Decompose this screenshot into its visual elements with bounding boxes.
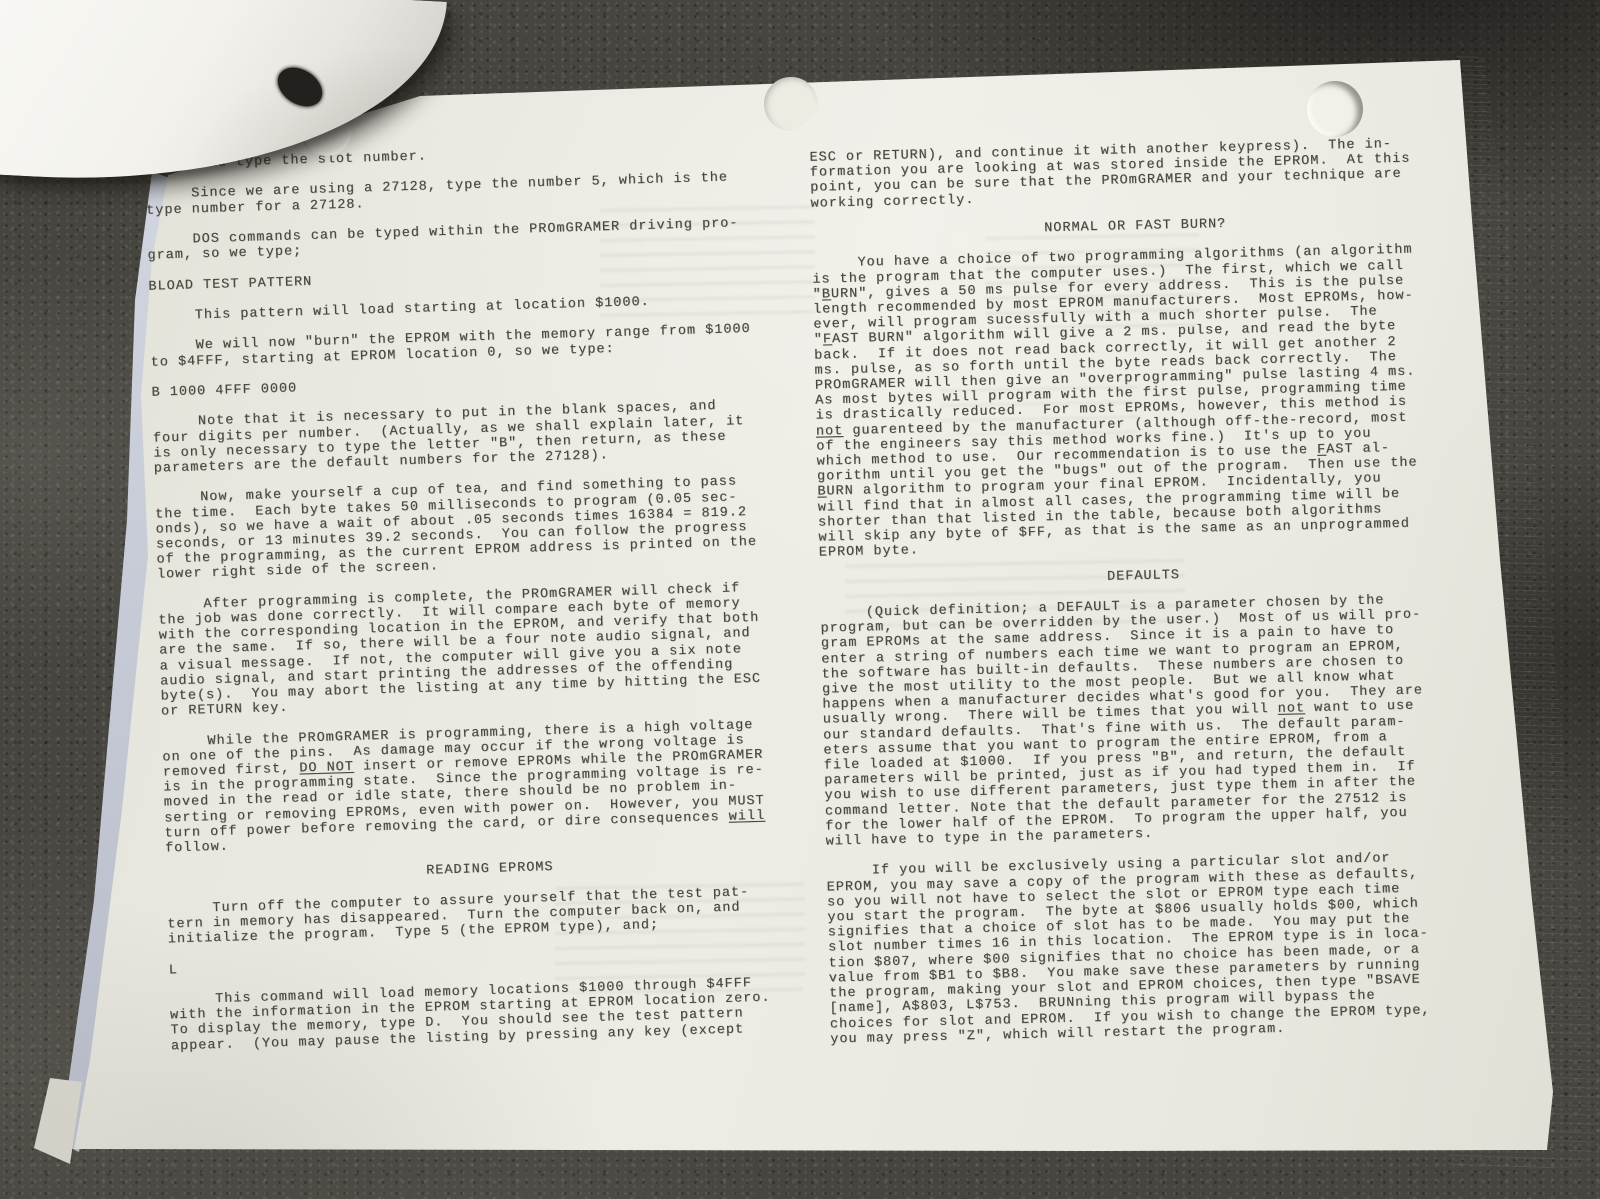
text-line: This pattern will load starting at locat…: [149, 290, 797, 324]
text-line: B 1000 4FFF 0000: [151, 366, 799, 400]
command-line: L: [169, 944, 817, 978]
hole-punch-right: [1307, 81, 1363, 137]
text-line: L: [169, 944, 817, 978]
section-heading: DEFAULTS: [819, 561, 1467, 591]
paragraph: After programming is complete, the PROmG…: [158, 579, 809, 720]
left-column: disk, and type the slot number. Since we…: [145, 139, 820, 1070]
command-line: B 1000 4FFF 0000: [151, 366, 799, 400]
section-heading: READING EPROMS: [166, 853, 814, 887]
paragraph: DOS commands can be typed within the PRO…: [147, 215, 796, 265]
paragraph: If you will be exclusively using a parti…: [826, 850, 1478, 1048]
right-column: ESC or RETURN), and continue it with ano…: [809, 135, 1478, 1062]
paragraph: This command will load memory locations …: [169, 974, 819, 1054]
section-heading: NORMAL OR FAST BURN?: [811, 211, 1459, 241]
paragraph: Since we are using a 27128, type the num…: [146, 169, 795, 219]
hole-punch-middle: [764, 77, 818, 131]
paragraph: (Quick definition; a DEFAULT is a parame…: [820, 591, 1474, 849]
paragraph: We will now "burn" the EPROM with the me…: [150, 321, 799, 371]
paragraph: Note that it is necessary to put in the …: [152, 397, 802, 477]
paragraph: Now, make yourself a cup of tea, and fin…: [155, 473, 805, 583]
text-line: BLOAD TEST PATTERN: [148, 260, 796, 294]
command-line: BLOAD TEST PATTERN: [148, 260, 796, 294]
paragraph: Turn off the computer to assure yourself…: [167, 883, 816, 948]
paragraph: You have a choice of two programming alg…: [812, 242, 1467, 561]
paragraph: This pattern will load starting at locat…: [149, 290, 797, 324]
paragraph: While the PROmGRAMER is programming, the…: [162, 716, 813, 857]
photo-background-carpet: disk, and type the slot number. Since we…: [0, 0, 1600, 1199]
